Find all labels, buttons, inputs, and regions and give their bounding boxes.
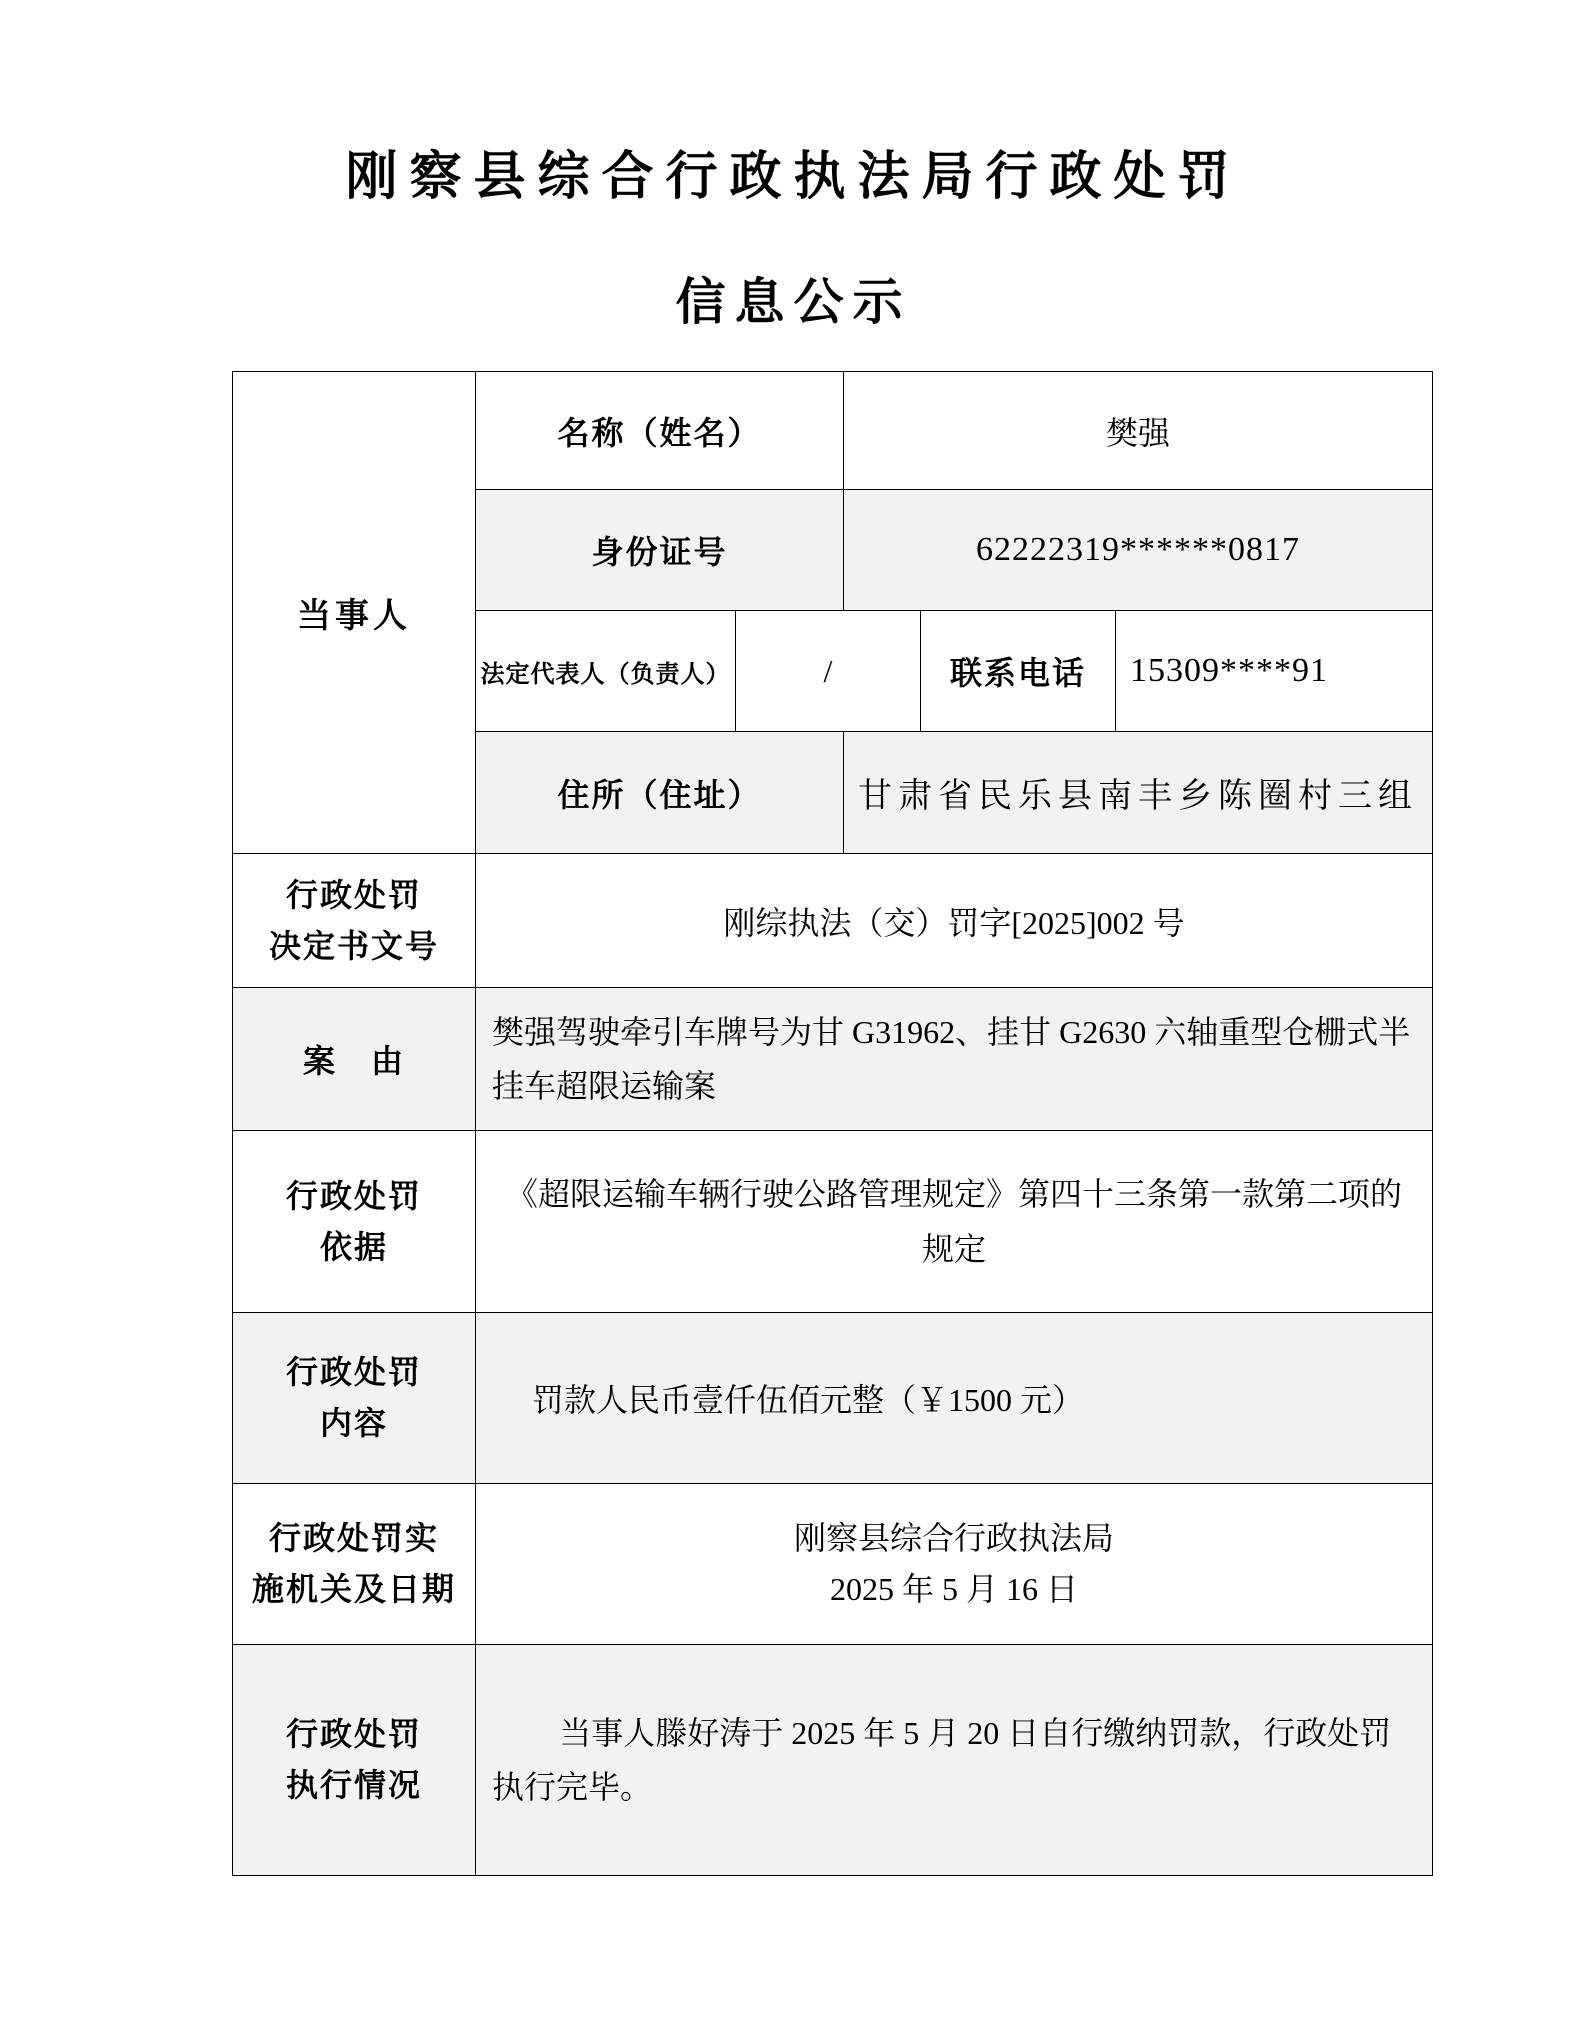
- legal-rep-value: /: [736, 611, 921, 731]
- basis-value: 《超限运输车辆行驶公路管理规定》第四十三条第一款第二项的规定: [476, 1131, 1432, 1312]
- row-execution: 行政处罚 执行情况 当事人滕好涛于 2025 年 5 月 20 日自行缴纳罚款，…: [233, 1645, 1432, 1875]
- agency-date-value: 刚察县综合行政执法局 2025 年 5 月 16 日: [476, 1484, 1432, 1644]
- row-decision-number: 行政处罚 决定书文号 刚综执法（交）罚字[2025]002 号: [233, 854, 1432, 988]
- decision-number-label: 行政处罚 决定书文号: [233, 854, 476, 987]
- cause-value: 樊强驾驶牵引车牌号为甘 G31962、挂甘 G2630 六轴重型仓栅式半挂车超限…: [476, 988, 1432, 1130]
- page-subtitle: 信息公示: [0, 274, 1587, 332]
- name-value: 樊强: [844, 372, 1432, 489]
- row-basis: 行政处罚 依据 《超限运输车辆行驶公路管理规定》第四十三条第一款第二项的规定: [233, 1131, 1432, 1313]
- basis-value-text: 《超限运输车辆行驶公路管理规定》第四十三条第一款第二项的规定: [492, 1167, 1416, 1276]
- id-number-value: 62222319******0817: [844, 490, 1432, 610]
- agency-date-label: 行政处罚实 施机关及日期: [233, 1484, 476, 1644]
- cause-value-text: 樊强驾驶牵引车牌号为甘 G31962、挂甘 G2630 六轴重型仓栅式半挂车超限…: [492, 1005, 1416, 1114]
- content-value: 罚款人民币壹仟伍佰元整（￥1500 元）: [476, 1313, 1432, 1483]
- basis-label: 行政处罚 依据: [233, 1131, 476, 1312]
- row-legal-rep: 法定代表人（负责人） / 联系电话 15309****91: [476, 611, 1432, 732]
- page-title: 刚察县综合行政执法局行政处罚: [0, 148, 1587, 208]
- name-label: 名称（姓名）: [476, 372, 844, 489]
- cause-label: 案 由: [233, 988, 476, 1130]
- legal-rep-label-text: 法定代表人（负责人）: [481, 654, 731, 689]
- penalty-info-table: 当事人 名称（姓名） 樊强 身份证号 62222319******0817 法定…: [232, 371, 1433, 1876]
- phone-label: 联系电话: [921, 611, 1116, 731]
- row-content: 行政处罚 内容 罚款人民币壹仟伍佰元整（￥1500 元）: [233, 1313, 1432, 1484]
- execution-label: 行政处罚 执行情况: [233, 1645, 476, 1875]
- party-section-label: 当事人: [233, 372, 476, 853]
- execution-value: 当事人滕好涛于 2025 年 5 月 20 日自行缴纳罚款，行政处罚执行完毕。: [476, 1645, 1432, 1875]
- execution-value-text: 当事人滕好涛于 2025 年 5 月 20 日自行缴纳罚款，行政处罚执行完毕。: [492, 1706, 1416, 1815]
- party-section: 当事人 名称（姓名） 樊强 身份证号 62222319******0817 法定…: [233, 372, 1432, 854]
- row-id-number: 身份证号 62222319******0817: [476, 490, 1432, 611]
- content-label: 行政处罚 内容: [233, 1313, 476, 1483]
- party-subrows: 名称（姓名） 樊强 身份证号 62222319******0817 法定代表人（…: [476, 372, 1432, 853]
- phone-value: 15309****91: [1116, 611, 1432, 731]
- row-name: 名称（姓名） 樊强: [476, 372, 1432, 490]
- row-address: 住所（住址） 甘肃省民乐县南丰乡陈圈村三组: [476, 732, 1432, 853]
- decision-number-value: 刚综执法（交）罚字[2025]002 号: [476, 854, 1432, 987]
- address-value: 甘肃省民乐县南丰乡陈圈村三组: [844, 732, 1432, 853]
- row-agency-date: 行政处罚实 施机关及日期 刚察县综合行政执法局 2025 年 5 月 16 日: [233, 1484, 1432, 1645]
- id-number-label: 身份证号: [476, 490, 844, 610]
- row-cause: 案 由 樊强驾驶牵引车牌号为甘 G31962、挂甘 G2630 六轴重型仓栅式半…: [233, 988, 1432, 1131]
- legal-rep-label: 法定代表人（负责人）: [476, 611, 736, 731]
- document-header: 刚察县综合行政执法局行政处罚 信息公示: [0, 148, 1587, 331]
- address-label: 住所（住址）: [476, 732, 844, 853]
